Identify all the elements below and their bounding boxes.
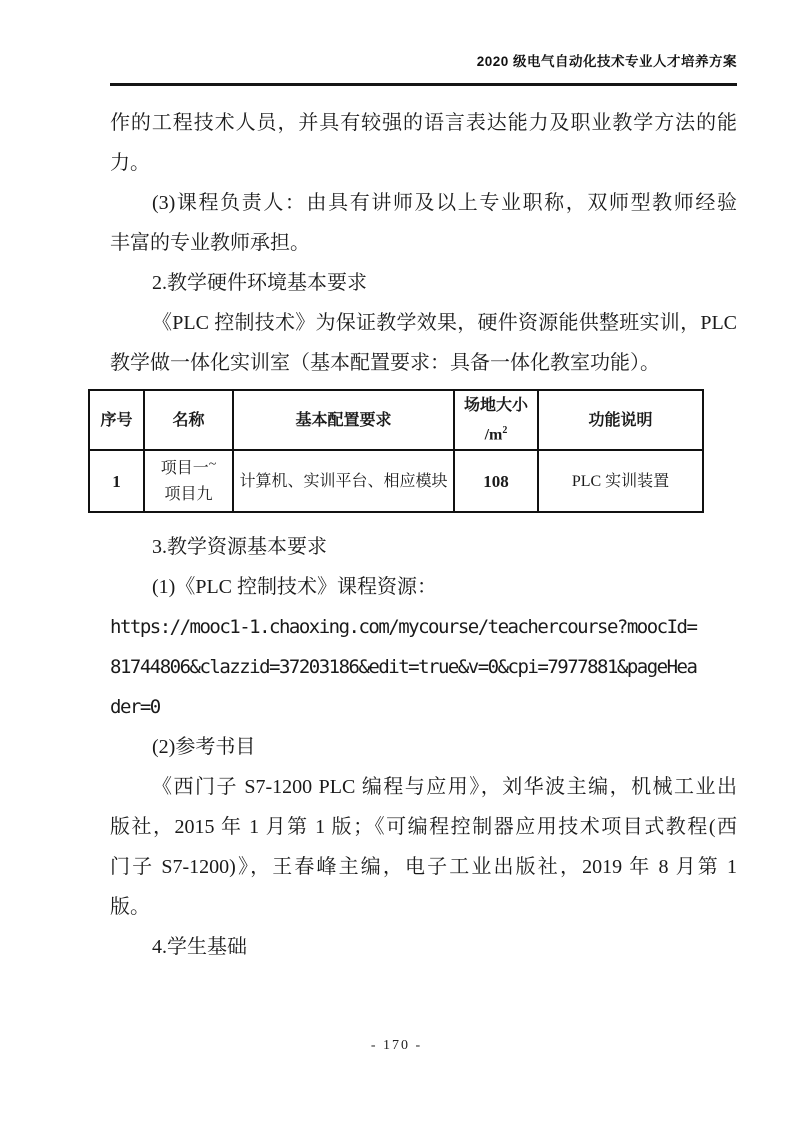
- header-title: 2020 级电气自动化技术专业人才培养方案: [110, 52, 737, 72]
- col-header-config: 基本配置要求: [233, 390, 454, 450]
- col-header-area-unit: /m2: [457, 418, 535, 447]
- table-header-row: 序号 名称 基本配置要求 场地大小 /m2 功能说明: [89, 390, 703, 450]
- cell-name: 项目一~ 项目九: [144, 450, 233, 512]
- text-line: 作的工程技术人员，并具有较强的语言表达能力及职业教学方法的能: [110, 103, 737, 143]
- header-double-rule: [110, 83, 737, 86]
- cell-name-line1: 项目一~: [147, 456, 230, 482]
- text-line: 力。: [110, 143, 737, 183]
- cell-config: 计算机、实训平台、相应模块: [233, 450, 454, 512]
- requirements-table: 序号 名称 基本配置要求 场地大小 /m2 功能说明 1 项目一~ 项目九 计算…: [88, 389, 704, 513]
- col-header-seq: 序号: [89, 390, 144, 450]
- text-line: 《西门子 S7-1200 PLC 编程与应用》，刘华波主编，机械工业出: [110, 767, 737, 807]
- table-row: 1 项目一~ 项目九 计算机、实训平台、相应模块 108 PLC 实训装置: [89, 450, 703, 512]
- text-line: (1)《PLC 控制技术》课程资源：: [110, 567, 737, 607]
- section-heading-resources: 3.教学资源基本要求: [110, 527, 737, 567]
- document-page: 2020 级电气自动化技术专业人才培养方案 作的工程技术人员，并具有较强的语言表…: [0, 0, 793, 1122]
- cell-area: 108: [454, 450, 538, 512]
- col-header-function: 功能说明: [538, 390, 703, 450]
- section-heading-hardware: 2.教学硬件环境基本要求: [110, 263, 737, 303]
- col-header-area-label: 场地大小: [457, 393, 535, 418]
- page-footer: - 170 -: [0, 1038, 793, 1054]
- text-line: 版。: [110, 887, 737, 927]
- cell-seq: 1: [89, 450, 144, 512]
- page-header: 2020 级电气自动化技术专业人才培养方案: [110, 52, 737, 86]
- col-header-name: 名称: [144, 390, 233, 450]
- course-url-line: der=0: [110, 687, 737, 727]
- page-number: - 170 -: [371, 1038, 422, 1053]
- course-url-line: 81744806&clazzid=37203186&edit=true&v=0&…: [110, 647, 737, 687]
- text-line: 教学做一体化实训室（基本配置要求：具备一体化教室功能）。: [110, 343, 737, 383]
- course-url-line: https://mooc1-1.chaoxing.com/mycourse/te…: [110, 607, 737, 647]
- cell-name-line2: 项目九: [147, 482, 230, 507]
- cell-function: PLC 实训装置: [538, 450, 703, 512]
- text-line: 丰富的专业教师承担。: [110, 223, 737, 263]
- text-line: (2)参考书目: [110, 727, 737, 767]
- text-line: 门子 S7-1200)》，王春峰主编，电子工业出版社，2019 年 8 月第 1: [110, 847, 737, 887]
- text-line: (3)课程负责人：由具有讲师及以上专业职称，双师型教师经验: [110, 183, 737, 223]
- col-header-area: 场地大小 /m2: [454, 390, 538, 450]
- text-line: 《PLC 控制技术》为保证教学效果，硬件资源能供整班实训，PLC: [110, 303, 737, 343]
- section-heading-students: 4.学生基础: [110, 927, 737, 967]
- body-text: 作的工程技术人员，并具有较强的语言表达能力及职业教学方法的能 力。 (3)课程负…: [110, 103, 737, 967]
- text-line: 版社，2015 年 1 月第 1 版；《可编程控制器应用技术项目式教程(西: [110, 807, 737, 847]
